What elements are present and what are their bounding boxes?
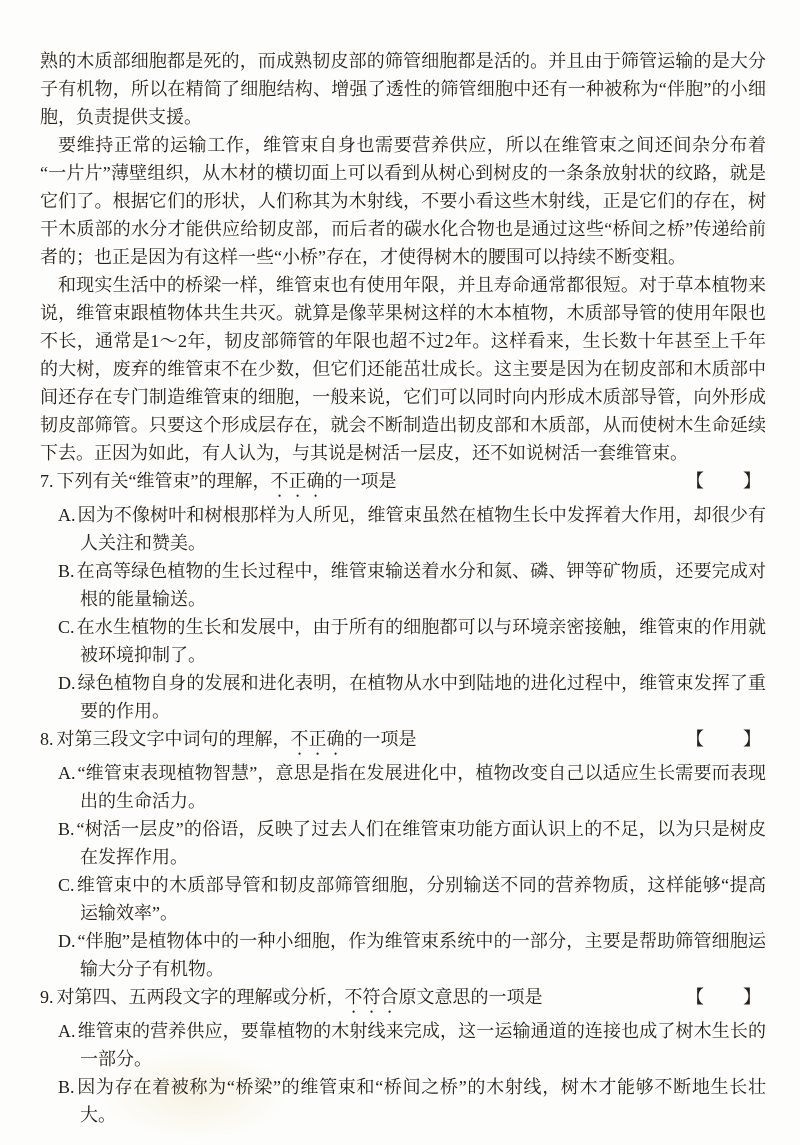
question-stem: 7.下列有关“维管束”的理解，不正确的一项是 【 】 [40, 467, 766, 501]
option-label: B. [58, 561, 75, 581]
option-text: 维管束中的木质部导管和韧皮部筛管细胞，分别输送不同的营养物质，这样能够“提高运输… [77, 875, 766, 923]
option-text: 因为不像树叶和树根那样为人所见，维管束虽然在植物生长中发挥着大作用，却很少有人关… [78, 505, 767, 553]
passage-paragraph-continuation: 熟的木质部细胞都是死的，而成熟韧皮部的筛管细胞都是活的。并且由于筛管运输的是大分… [40, 47, 766, 131]
option-text: “伴胞”是植物体中的一种小细胞，作为维管束系统中的一部分，主要是帮助筛管细胞运输… [78, 931, 767, 979]
answer-bracket: 【 】 [686, 467, 762, 495]
question-stem-text: 下列有关“维管束”的理解， [57, 471, 271, 491]
option-label: B. [58, 819, 75, 839]
option-label: D. [58, 931, 76, 951]
answer-bracket: 【 】 [686, 725, 762, 753]
option-7-d: D.绿色植物自身的发展和进化表明，在植物从水中到陆地的进化过程中，维管束发挥了重… [58, 669, 766, 725]
option-7-a: A.因为不像树叶和树根那样为人所见，维管束虽然在植物生长中发挥着大作用，却很少有… [58, 501, 766, 557]
option-text: 在高等绿色植物的生长过程中，维管束输送着水分和氮、磷、钾等矿物质，还要完成对根的… [77, 561, 766, 609]
option-label: D. [58, 673, 76, 693]
reading-passage: 熟的木质部细胞都是死的，而成熟韧皮部的筛管细胞都是活的。并且由于筛管运输的是大分… [40, 47, 766, 467]
passage-and-questions: 熟的木质部细胞都是死的，而成熟韧皮部的筛管细胞都是活的。并且由于筛管运输的是大分… [0, 0, 800, 1129]
option-8-c: C.维管束中的木质部导管和韧皮部筛管细胞，分别输送不同的营养物质，这样能够“提高… [58, 871, 766, 927]
option-label: B. [58, 1077, 75, 1097]
question-stem-emphasis: 不正确 [270, 471, 324, 491]
option-label: C. [58, 617, 75, 637]
option-text: 因为存在着被称为“桥梁”的维管束和“桥间之桥”的木射线，树木才能够不断地生长壮大… [77, 1077, 766, 1125]
passage-paragraph: 和现实生活中的桥梁一样，维管束也有使用年限，并且寿命通常都很短。对于草本植物来说… [40, 271, 766, 467]
question-stem-text: 的一项是 [324, 471, 396, 491]
question-stem-emphasis: 不符合 [345, 987, 399, 1007]
question-stem-text: 对第三段文字中词句的理解， [57, 729, 291, 749]
question-9: 9.对第四、五两段文字的理解或分析，不符合原文意思的一项是 【 】 A.维管束的… [40, 983, 766, 1129]
answer-bracket: 【 】 [686, 983, 762, 1011]
option-7-b: B.在高等绿色植物的生长过程中，维管束输送着水分和氮、磷、钾等矿物质，还要完成对… [58, 557, 766, 613]
option-text: “维管束表现植物智慧”，意思是指在发展进化中，植物改变自己以适应生长需要而表现出… [78, 763, 767, 811]
option-label: A. [58, 763, 76, 783]
option-label: C. [58, 875, 75, 895]
question-stem-text: 的一项是 [345, 729, 417, 749]
question-number: 7. [40, 471, 54, 491]
passage-paragraph: 要维持正常的运输工作，维管束自身也需要营养供应，所以在维管束之间还间杂分布着“一… [40, 131, 766, 271]
option-text: 维管束的营养供应，要靠植物的木射线来完成，这一运输通道的连接也成了树木生长的一部… [78, 1021, 767, 1069]
question-stem-emphasis: 不正确 [291, 729, 345, 749]
option-9-b: B.因为存在着被称为“桥梁”的维管束和“桥间之桥”的木射线，树木才能够不断地生长… [58, 1073, 766, 1129]
option-7-c: C.在水生植物的生长和发展中，由于所有的细胞都可以与环境亲密接触，维管束的作用就… [58, 613, 766, 669]
question-stem: 9.对第四、五两段文字的理解或分析，不符合原文意思的一项是 【 】 [40, 983, 766, 1017]
option-8-b: B.“树活一层皮”的俗语，反映了过去人们在维管束功能方面认识上的不足，以为只是树… [58, 815, 766, 871]
question-number: 8. [40, 729, 54, 749]
question-number: 9. [40, 987, 54, 1007]
option-text: 绿色植物自身的发展和进化表明，在植物从水中到陆地的进化过程中，维管束发挥了重要的… [78, 673, 767, 721]
option-label: A. [58, 505, 76, 525]
question-7: 7.下列有关“维管束”的理解，不正确的一项是 【 】 A.因为不像树叶和树根那样… [40, 467, 766, 725]
option-text: “树活一层皮”的俗语，反映了过去人们在维管束功能方面认识上的不足，以为只是树皮在… [77, 819, 766, 867]
option-8-a: A.“维管束表现植物智慧”，意思是指在发展进化中，植物改变自己以适应生长需要而表… [58, 759, 766, 815]
exam-scan-page: { "passage": { "paragraphs": [ "熟的木质部细胞都… [0, 0, 800, 1145]
question-stem-text: 对第四、五两段文字的理解或分析， [57, 987, 345, 1007]
option-8-d: D.“伴胞”是植物体中的一种小细胞，作为维管束系统中的一部分，主要是帮助筛管细胞… [58, 927, 766, 983]
question-stem: 8.对第三段文字中词句的理解，不正确的一项是 【 】 [40, 725, 766, 759]
question-8: 8.对第三段文字中词句的理解，不正确的一项是 【 】 A.“维管束表现植物智慧”… [40, 725, 766, 983]
question-stem-text: 原文意思的一项是 [399, 987, 543, 1007]
option-text: 在水生植物的生长和发展中，由于所有的细胞都可以与环境亲密接触，维管束的作用就被环… [77, 617, 766, 665]
option-label: A. [58, 1021, 76, 1041]
option-9-a: A.维管束的营养供应，要靠植物的木射线来完成，这一运输通道的连接也成了树木生长的… [58, 1017, 766, 1073]
